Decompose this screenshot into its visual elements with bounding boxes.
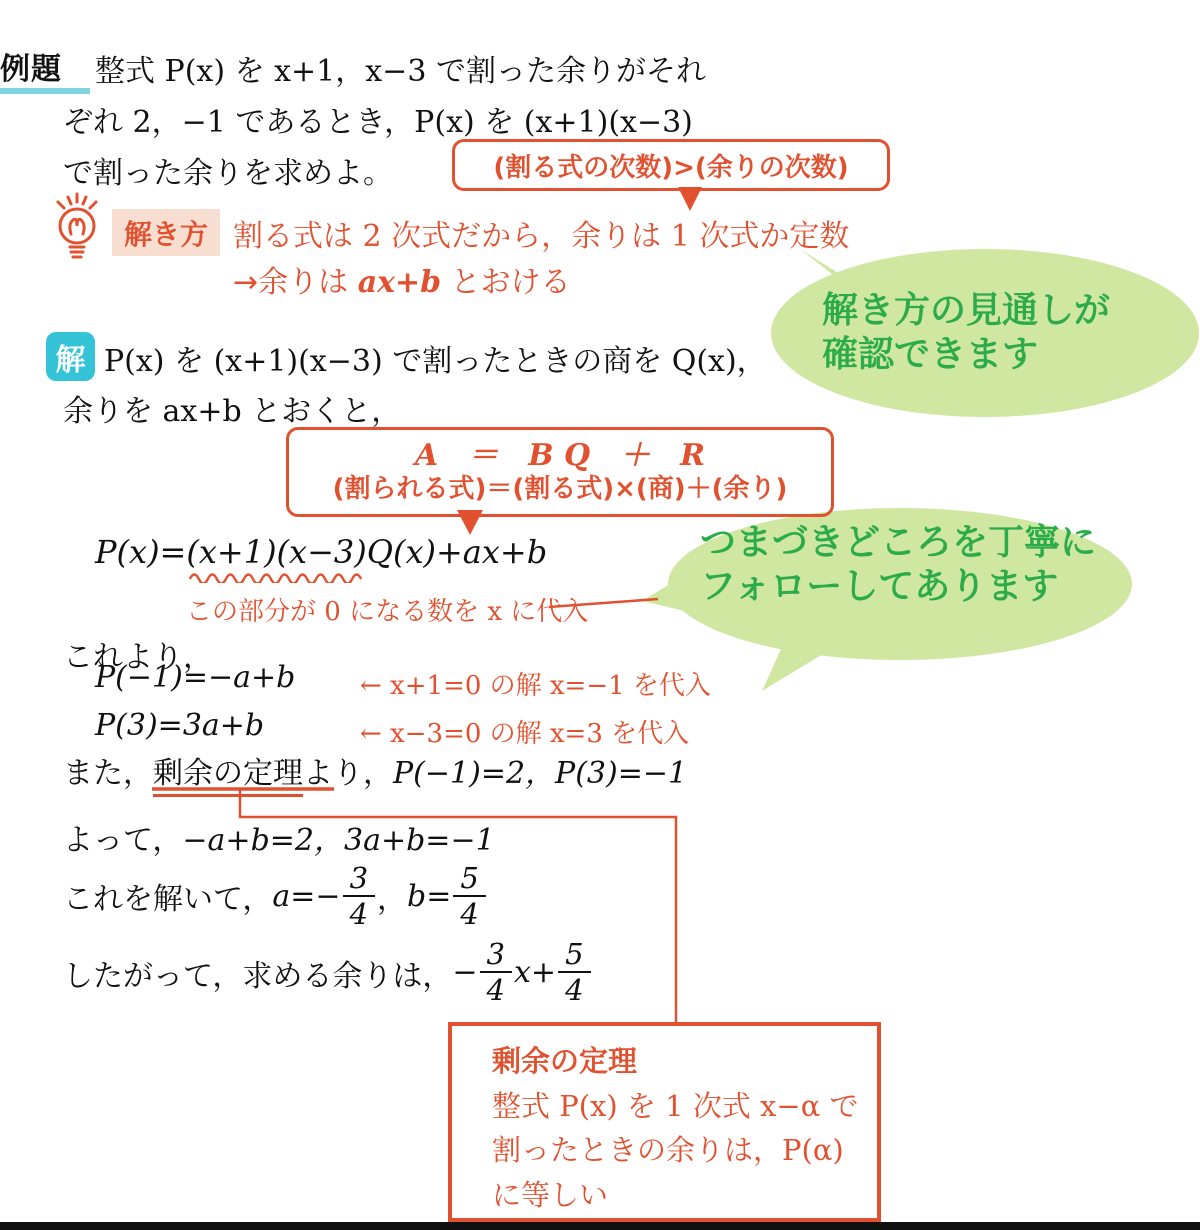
solution-badge: 解 xyxy=(46,332,95,381)
substitution-eq-2: P(3)=3a+b xyxy=(95,708,264,743)
howto-badge: 解き方 xyxy=(112,209,220,256)
remainder-theorem-term: 剰余の定理 xyxy=(153,756,303,797)
substitution-eq-1: P(−1)=−a+b xyxy=(95,660,295,695)
howto-math: ax+b xyxy=(358,265,441,300)
problem-line-2: ぞれ 2，−1 であるとき，P(x) を (x+1)(x−3) xyxy=(63,97,693,141)
theorem-box: 剰余の定理 整式 P(x) を 1 次式 x−α で 割ったときの余りは，P(α… xyxy=(448,1022,881,1222)
fraction-b: 54 xyxy=(453,864,485,929)
solution-line-1: P(x) を (x+1)(x−3) で割ったときの商を Q(x)， xyxy=(104,336,767,380)
degree-callout-box: (割る式の次数)>(余りの次数) xyxy=(452,139,890,191)
formula-symbolic: A ＝ B Q ＋ R xyxy=(415,439,705,474)
wavy-underlined-part: (x+1)(x−3) xyxy=(186,533,366,571)
remainder-theorem-line: また，剰余の定理より，P(−1)=2，P(3)=−1 xyxy=(63,748,687,792)
problem-line-3: で割った余りを求めよ。 xyxy=(63,148,393,192)
main-equation: P(x)=(x+1)(x−3)Q(x)+ax+b xyxy=(95,533,547,571)
bubble2-text: つまづきどころを丁寧に フォローしてあります xyxy=(700,521,1096,609)
solve-line: これを解いて， a=− 34 ， b= 54 xyxy=(63,855,488,937)
bubble1-text: 解き方の見通しが 確認できます xyxy=(822,289,1110,377)
howto-line-1: 割る式は 2 次式だから，余りは 1 次式か定数 xyxy=(233,211,849,255)
theorem-line-1: 整式 P(x) を 1 次式 x−α で xyxy=(492,1084,877,1129)
theorem-line-2: 割ったときの余りは，P(α) xyxy=(492,1128,877,1173)
arrow-right-icon: → xyxy=(233,265,258,300)
substitution-note-1: ← x+1=0 の解 x=−1 を代入 xyxy=(360,665,711,702)
theorem-title: 剰余の定理 xyxy=(492,1040,877,1084)
theorem-line-3: に等しい xyxy=(492,1173,877,1218)
yotte-line: よって，−a+b=2，3a+b=−1 xyxy=(63,815,495,859)
solution-line-2: 余りを ax+b とおくと， xyxy=(63,386,401,430)
fraction-a: 34 xyxy=(343,864,375,929)
bubble2-tail-left xyxy=(642,568,698,614)
lightbulb-icon xyxy=(44,190,110,266)
fraction-answer-1: 34 xyxy=(480,940,512,1005)
textbook-page: 例題 整式 P(x) を x+1，x−3 で割った余りがそれ ぞれ 2，−1 で… xyxy=(0,0,1200,1230)
formula-box: A ＝ B Q ＋ R (割られる式)＝(割る式)×(商)＋(余り) xyxy=(286,427,834,517)
equation-note: この部分が 0 になる数を x に代入 xyxy=(186,591,588,628)
howto-line-2: →余りは ax+b とおける xyxy=(233,257,571,301)
bubble2-tail-bottom xyxy=(762,638,836,691)
wavy-underline-icon xyxy=(188,571,368,583)
example-label-underline xyxy=(0,88,90,94)
page-bottom-edge xyxy=(0,1222,1200,1230)
example-label: 例題 xyxy=(0,44,62,88)
fraction-answer-2: 54 xyxy=(558,940,590,1005)
substitution-note-2: ← x−3=0 の解 x=3 を代入 xyxy=(360,713,689,750)
problem-line-1: 整式 P(x) を x+1，x−3 で割った余りがそれ xyxy=(95,46,706,90)
conclusion-line: したがって，求める余りは， − 34 x+ 54 xyxy=(63,930,593,1015)
formula-verbal: (割られる式)＝(割る式)×(商)＋(余り) xyxy=(333,474,788,505)
